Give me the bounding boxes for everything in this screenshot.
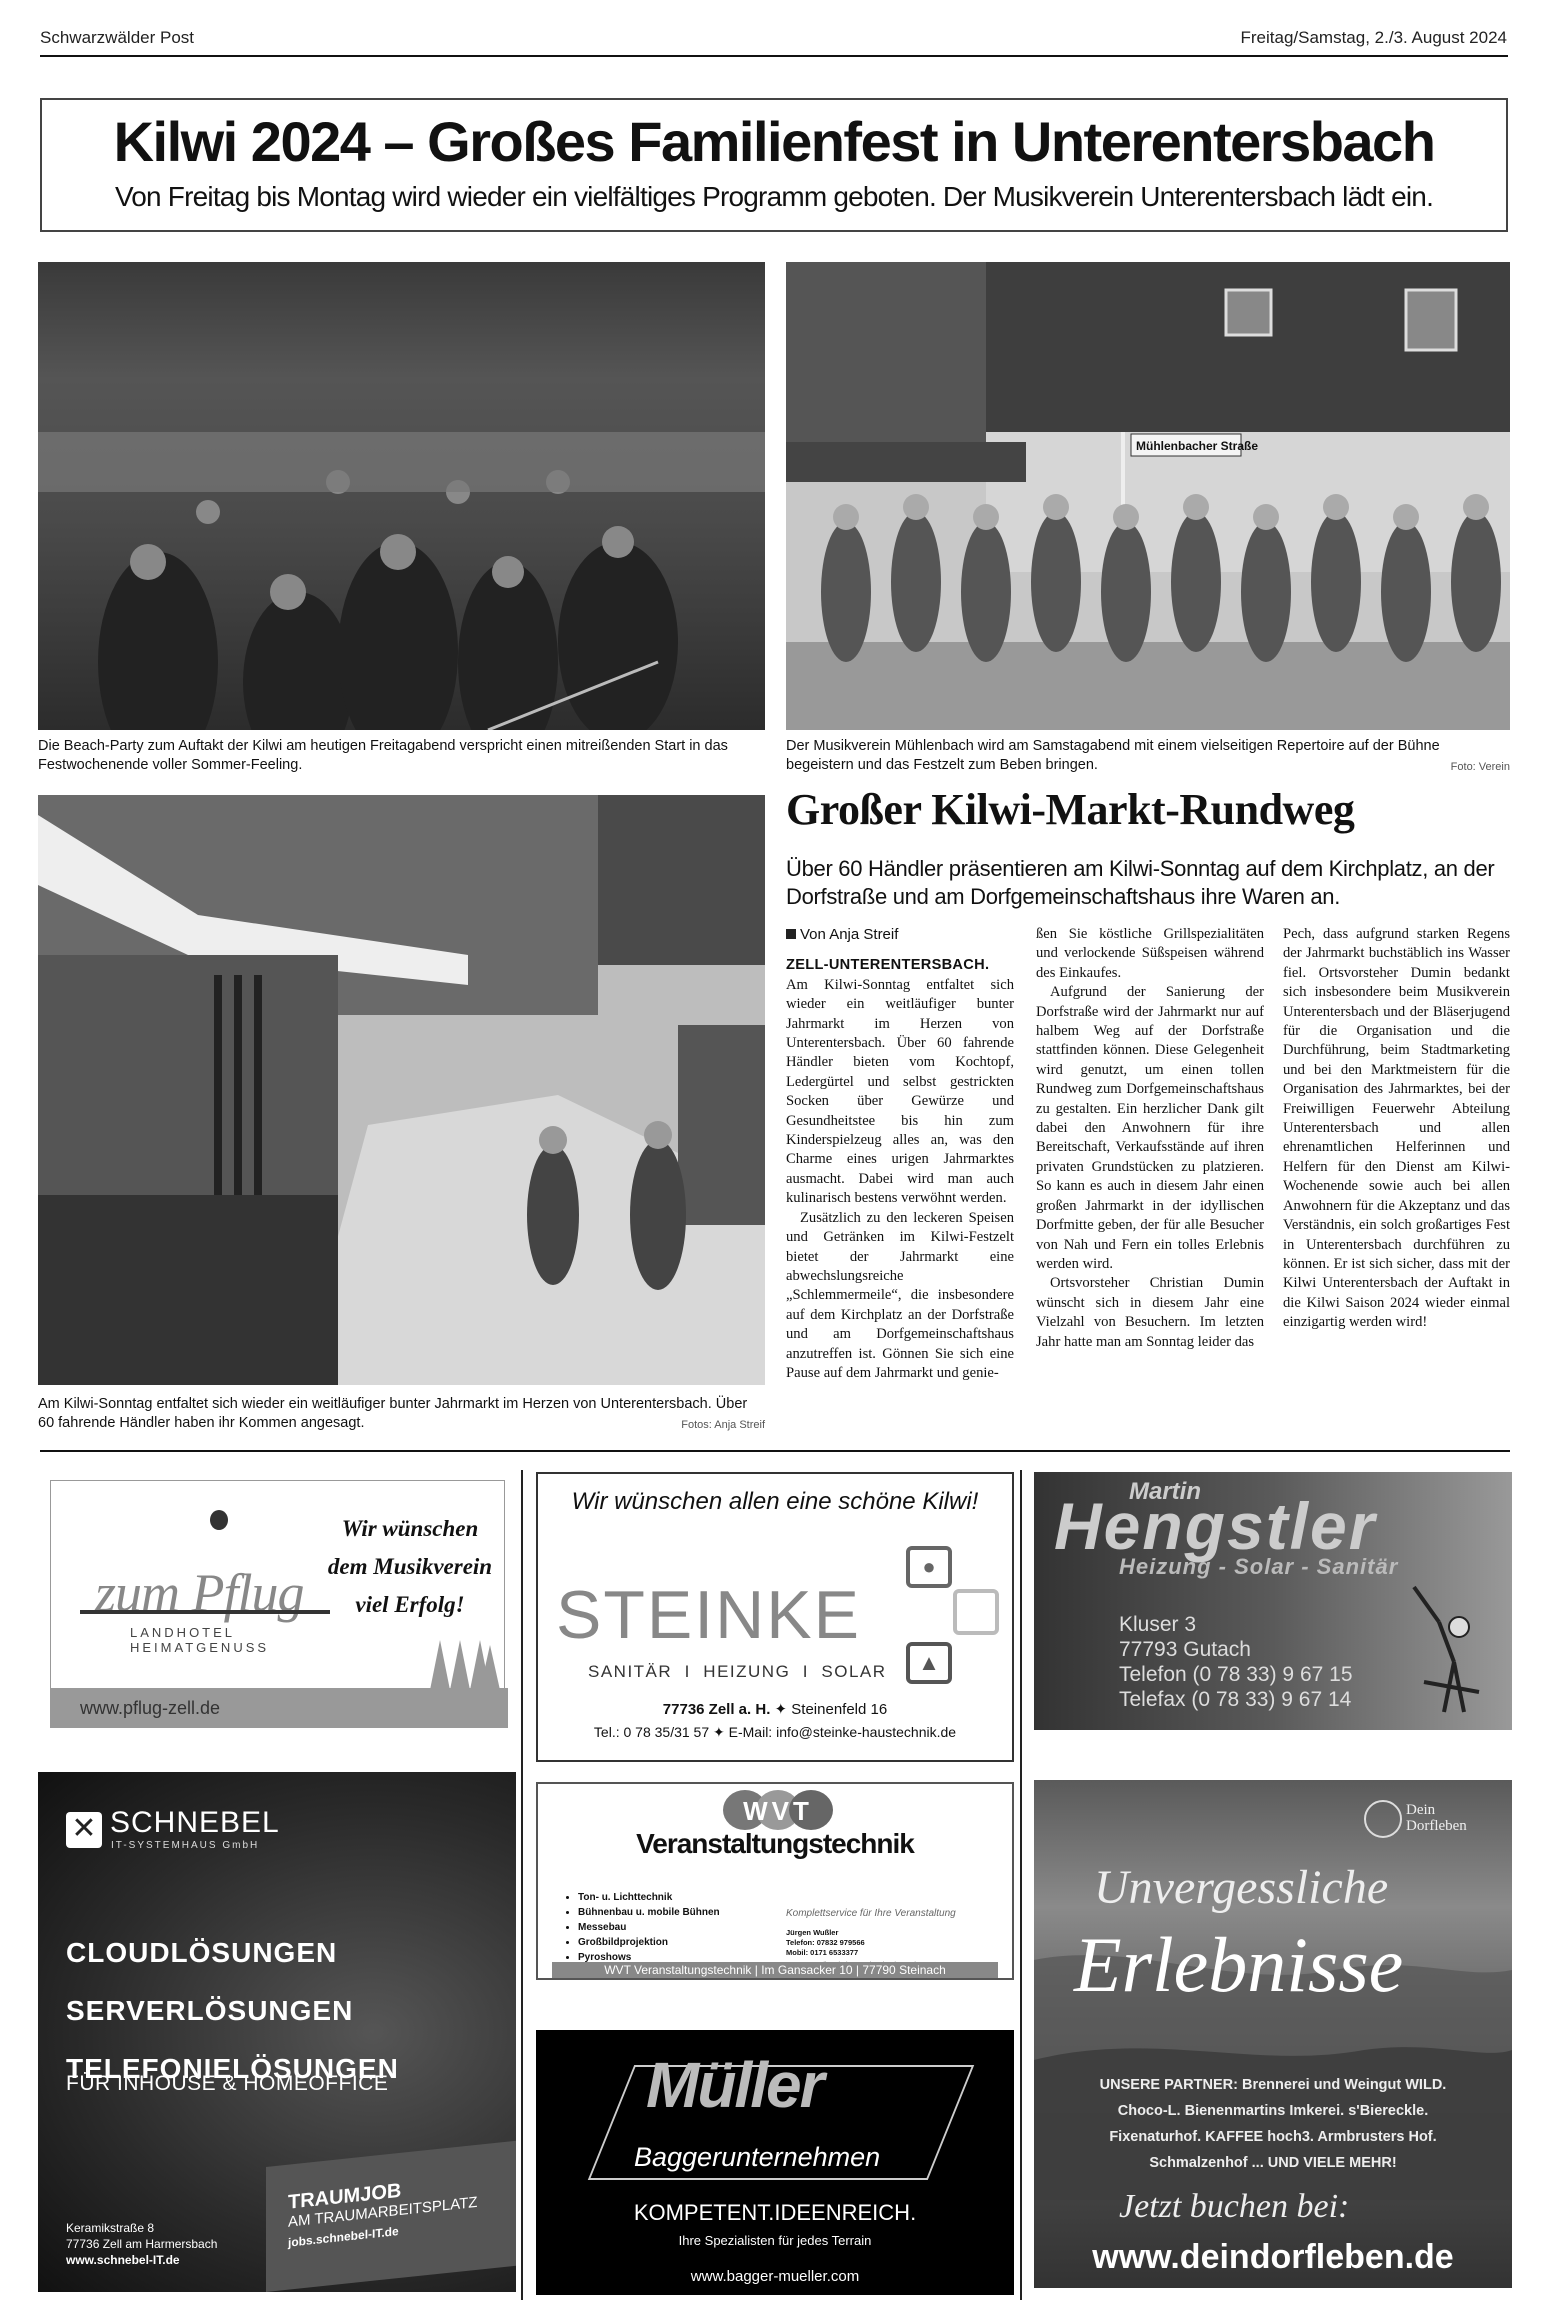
- photo-caption-3: Am Kilwi-Sonntag entfaltet sich wieder e…: [38, 1395, 765, 1435]
- steinke-contact: Tel.: 0 78 35/31 57 ✦ E-Mail: info@stein…: [538, 1724, 1012, 1741]
- ad-wvt[interactable]: WVT Veranstaltungstechnik Ton- u. Lichtt…: [536, 1782, 1014, 1980]
- headline-box: Kilwi 2024 – Großes Familienfest in Unte…: [40, 98, 1508, 232]
- photo-caption-1: Die Beach-Party zum Auftakt der Kilwi am…: [38, 737, 765, 775]
- wvt-logo: WVT: [723, 1790, 833, 1830]
- apple-icon: [210, 1510, 228, 1530]
- paragraph: Pech, dass aufgrund starken Regens der J…: [1283, 925, 1510, 1333]
- mueller-tagline: Ihre Spezialisten für jedes Terrain: [536, 2233, 1014, 2248]
- ad-separator: [521, 1470, 523, 2300]
- ad-dein-dorfleben[interactable]: Dein Dorfleben Unvergessliche Erlebnisse…: [1034, 1780, 1512, 2288]
- caption-text: Am Kilwi-Sonntag entfaltet sich wieder e…: [38, 1396, 747, 1431]
- ad-separator: [1020, 1470, 1022, 2300]
- plumber-mascot-icon: [1404, 1582, 1484, 1722]
- schnebel-logo-icon: ✕: [66, 1812, 102, 1848]
- publication-name: Schwarzwälder Post: [40, 28, 194, 48]
- pflug-message: Wir wünschen dem Musikverein viel Erfolg…: [320, 1510, 500, 1624]
- article-column-2: ßen Sie köstliche Grillspezialitäten und…: [1036, 925, 1264, 1352]
- dorfleben-partners: UNSERE PARTNER: Brennerei und Weingut WI…: [1034, 2072, 1512, 2176]
- wvt-slogan: Komplettservice für Ihre Veranstaltung: [786, 1908, 956, 1919]
- dorfleben-script-2: Erlebnisse: [1074, 1920, 1403, 2010]
- section-rule: [40, 1450, 1510, 1452]
- headline-title: Kilwi 2024 – Großes Familienfest in Unte…: [42, 110, 1506, 174]
- wvt-name: Veranstaltungstechnik: [538, 1828, 1012, 1860]
- header-rule: [40, 55, 1508, 57]
- paragraph: Ortsvorsteher Christian Dumin wünscht si…: [1036, 1274, 1264, 1352]
- issue-date: Freitag/Samstag, 2./3. August 2024: [1241, 28, 1508, 48]
- steinke-headline: Wir wünschen allen eine schöne Kilwi!: [538, 1488, 1012, 1516]
- hengstler-services: Heizung - Solar - Sanitär: [1119, 1554, 1398, 1580]
- steinke-address: 77736 Zell a. H. ✦ Steinenfeld 16: [538, 1700, 1012, 1718]
- caption-text: Der Musikverein Mühlenbach wird am Samst…: [786, 738, 1440, 773]
- wvt-footer: WVT Veranstaltungstechnik | Im Gansacker…: [552, 1962, 998, 1978]
- dorfleben-logo: Dein Dorfleben: [1406, 1802, 1467, 1834]
- article-lead: Über 60 Händler präsentieren am Kilwi-So…: [786, 855, 1510, 911]
- mueller-name: Müller: [646, 2048, 822, 2122]
- hengstler-contact: Kluser 3 77793 Gutach Telefon (0 78 33) …: [1119, 1612, 1353, 1712]
- schnebel-address: Keramikstraße 8 77736 Zell am Harmersbac…: [66, 2220, 217, 2268]
- mueller-slogan: KOMPETENT.IDEENREICH.: [536, 2200, 1014, 2226]
- dorfleben-script-1: Unvergessliche: [1094, 1860, 1388, 1915]
- article-column-1: Von Anja Streif ZELL-UNTERENTERSBACH. Am…: [786, 925, 1014, 1383]
- schnebel-sub: IT-SYSTEMHAUS GmbH: [111, 1840, 259, 1851]
- article-title: Großer Kilwi-Markt-Rundweg: [786, 785, 1510, 835]
- ad-schnebel[interactable]: ✕ SCHNEBEL IT-SYSTEMHAUS GmbH CLOUDLÖSUN…: [38, 1772, 516, 2292]
- photo-musikverein: Mühlenbacher Straße: [786, 262, 1510, 730]
- sun-icon: [953, 1589, 999, 1635]
- trees-icon: [420, 1640, 500, 1690]
- photo-beach-party: [38, 262, 765, 730]
- dorfleben-url[interactable]: www.deindorfleben.de: [1034, 2238, 1512, 2277]
- ad-hengstler[interactable]: Martin Hengstler Heizung - Solar - Sanit…: [1034, 1472, 1512, 1730]
- schnebel-services-sub: FÜR INHOUSE & HOMEOFFICE: [66, 2072, 388, 2096]
- steinke-logo: STEINKE: [556, 1580, 861, 1650]
- paragraph: Aufgrund der Sanierung der Dorfstraße wi…: [1036, 983, 1264, 1274]
- schnebel-name: SCHNEBEL: [110, 1808, 280, 1838]
- wvt-contact: Jürgen Wußler Telefon: 07832 979566 Mobi…: [786, 1928, 865, 1958]
- dorfleben-logo-icon: [1364, 1800, 1402, 1838]
- flame-icon: ▲: [906, 1642, 952, 1684]
- paragraph: Zusätzlich zu den leckeren Speisen und G…: [786, 1209, 1014, 1384]
- bullet-square-icon: [786, 929, 796, 939]
- photo-credit: Foto: Verein: [1451, 758, 1510, 777]
- schnebel-url[interactable]: www.schnebel-IT.de: [66, 2252, 217, 2268]
- photo-credit: Fotos: Anja Streif: [681, 1416, 765, 1435]
- paragraph: ßen Sie köstliche Grillspezialitäten und…: [1036, 925, 1264, 983]
- headline-subtitle: Von Freitag bis Montag wird wieder ein v…: [42, 180, 1506, 214]
- article-byline: Von Anja Streif: [786, 925, 1014, 944]
- mueller-url[interactable]: www.bagger-mueller.com: [536, 2268, 1014, 2285]
- ad-mueller[interactable]: Müller Baggerunternehmen KOMPETENT.IDEEN…: [536, 2030, 1014, 2295]
- job-banner[interactable]: TRAUMJOB AM TRAUMARBEITSPLATZ jobs.schne…: [266, 2141, 516, 2292]
- article-dateline: ZELL-UNTERENTERSBACH.: [786, 957, 989, 973]
- water-drop-icon: ●: [906, 1546, 952, 1588]
- ad-zum-pflug[interactable]: zum Pflug LANDHOTEL HEIMATGENUSS Wir wün…: [50, 1480, 508, 1728]
- steinke-services: SANITÄR I HEIZUNG I SOLAR: [588, 1662, 887, 1682]
- dorfleben-cta: Jetzt buchen bei:: [1119, 2188, 1349, 2226]
- article-column-3: Pech, dass aufgrund starken Regens der J…: [1283, 925, 1510, 1333]
- hengstler-name: Hengstler: [1054, 1488, 1376, 1564]
- pflug-url[interactable]: www.pflug-zell.de: [80, 1698, 220, 1719]
- pflug-logo: zum Pflug: [95, 1562, 304, 1624]
- mueller-sub: Baggerunternehmen: [634, 2142, 880, 2173]
- photo-caption-2: Der Musikverein Mühlenbach wird am Samst…: [786, 737, 1510, 777]
- street-sign: Mühlenbacher Straße: [1136, 439, 1258, 453]
- ad-steinke[interactable]: Wir wünschen allen eine schöne Kilwi! ST…: [536, 1472, 1014, 1762]
- photo-jahrmarkt: [38, 795, 765, 1385]
